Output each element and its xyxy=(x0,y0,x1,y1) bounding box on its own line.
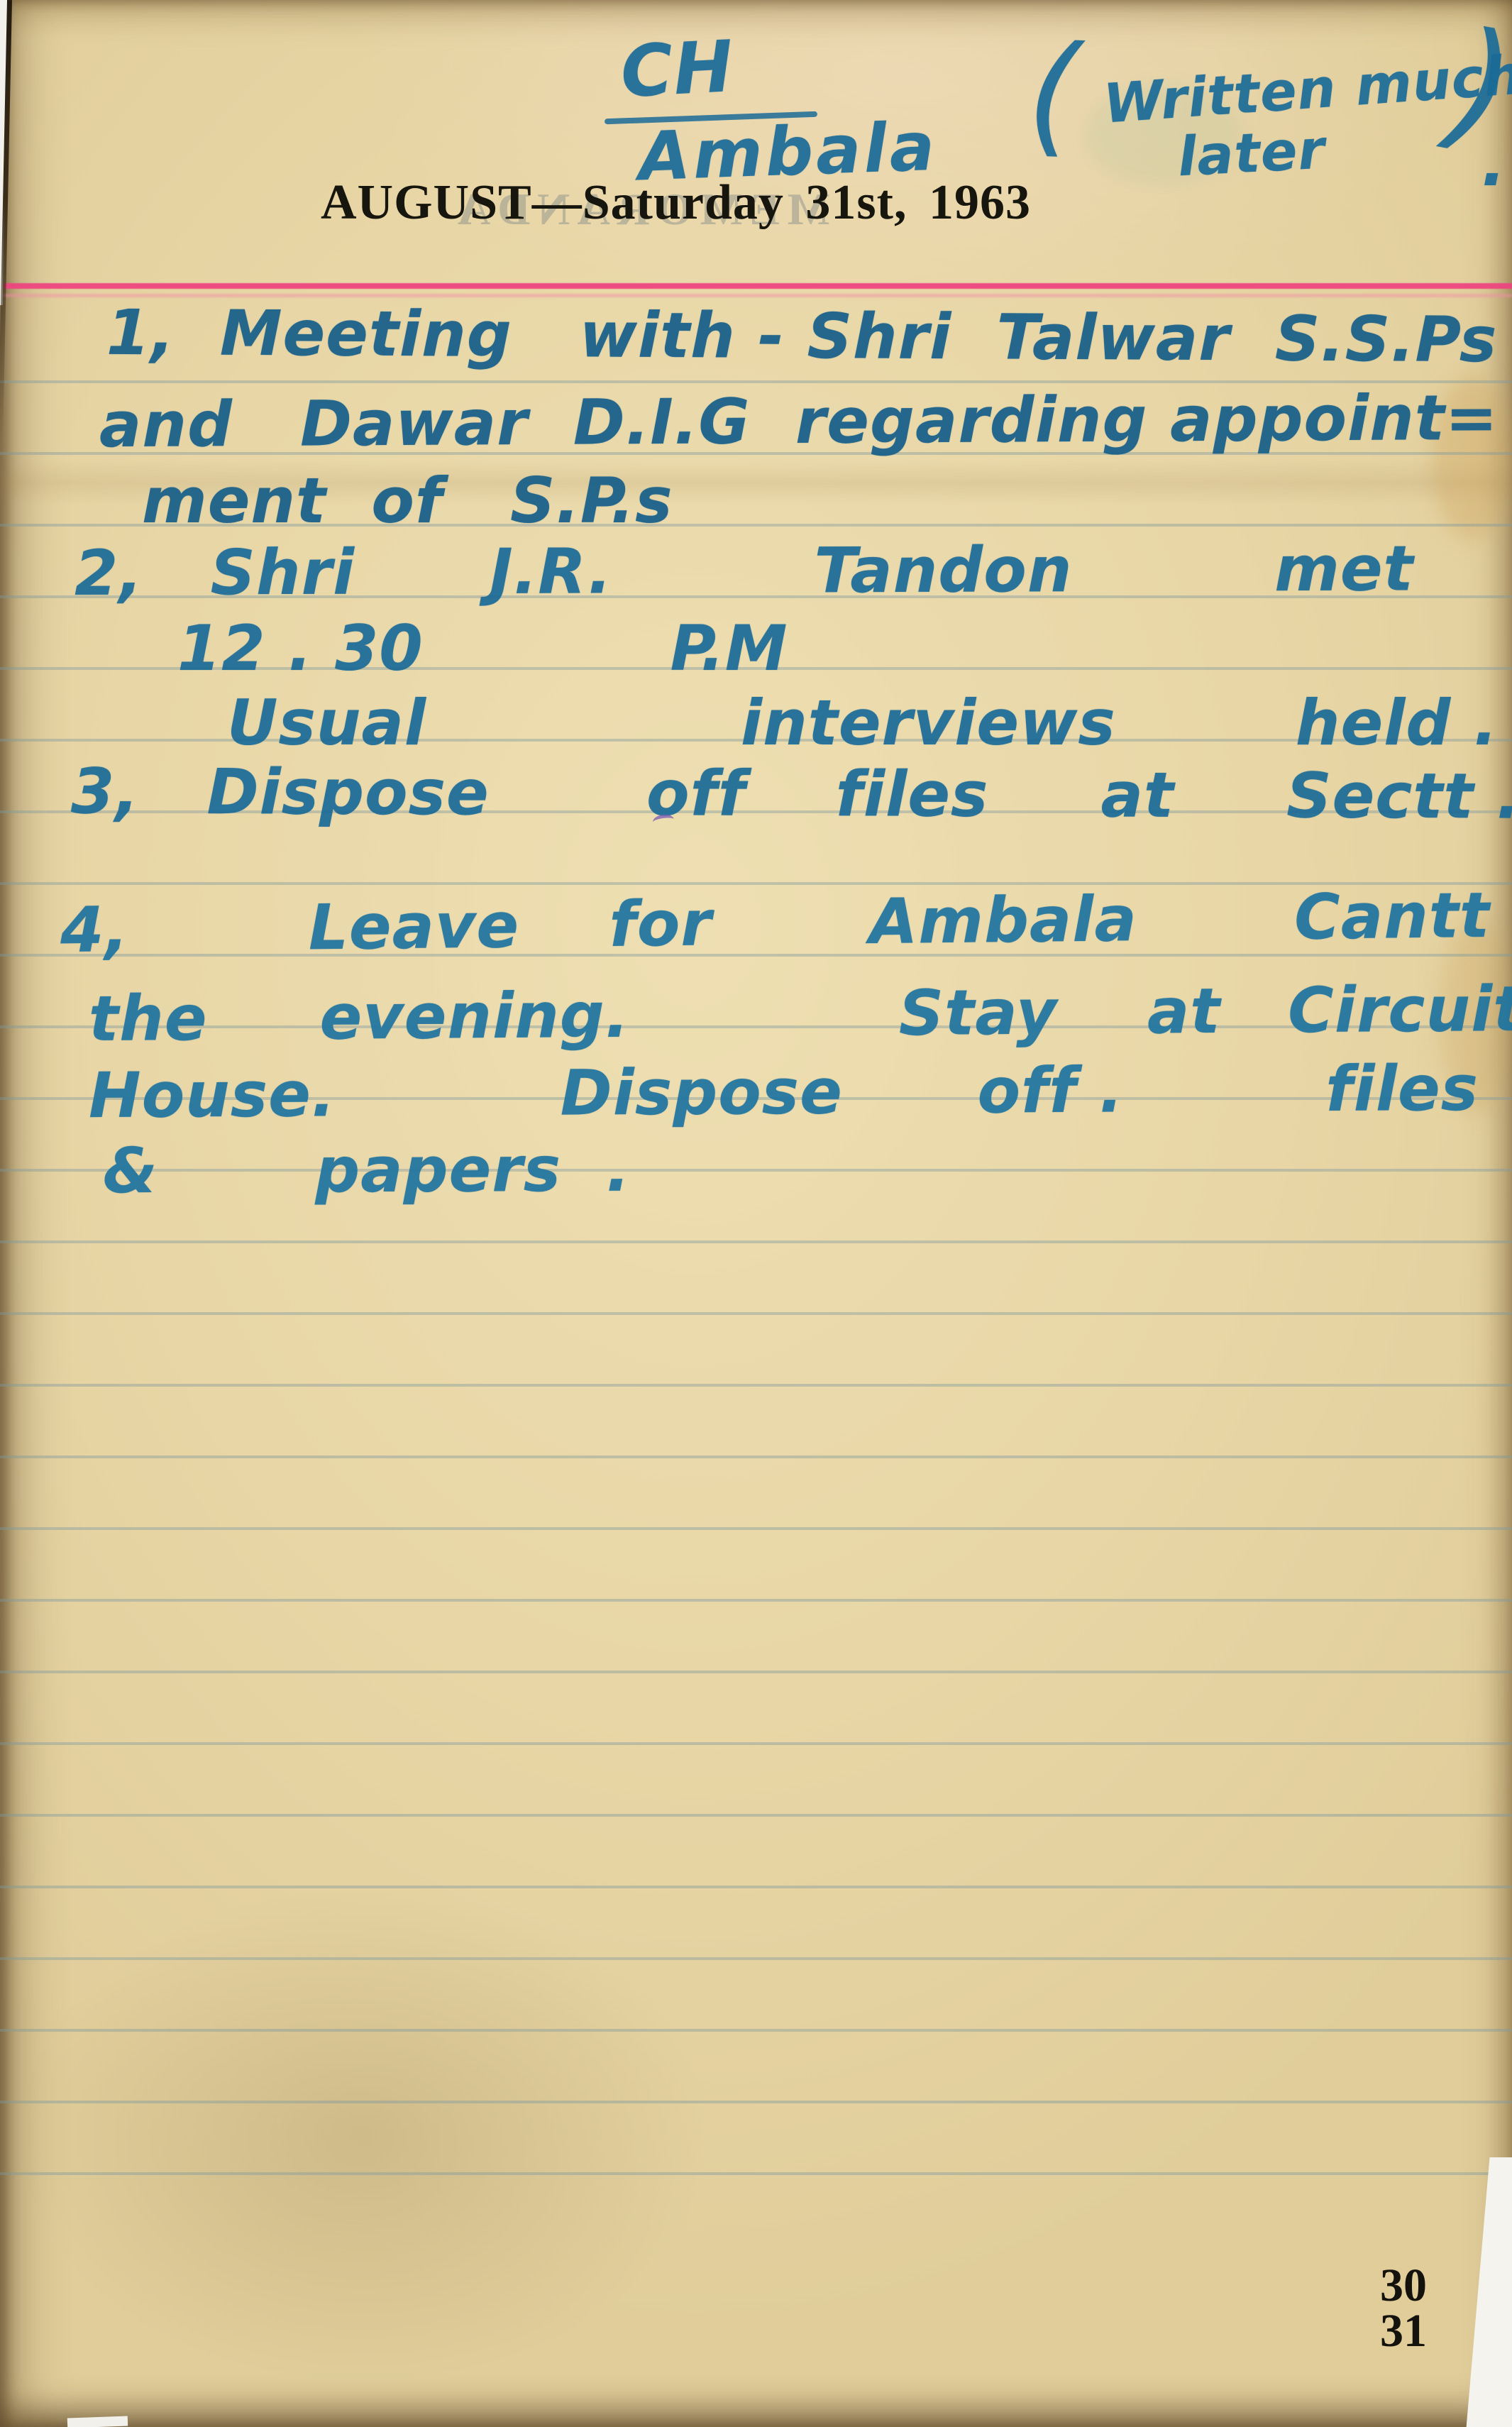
handwritten-place-name: Ambala xyxy=(637,114,938,192)
page-number-bottom: 31 xyxy=(1380,2308,1427,2355)
handwritten-line: 2, Shri J.R. Tandon met at xyxy=(75,536,1512,605)
side-note-line2: later xyxy=(1176,123,1326,185)
handwritten-line: House. Dispose off . files xyxy=(89,1057,1479,1127)
pink-header-rule xyxy=(0,283,1512,289)
handwritten-line: & papers . xyxy=(103,1138,631,1203)
handwritten-line: 3, Dispose off files at Sectt . xyxy=(71,760,1512,827)
handwritten-line: ment of S.P.s xyxy=(142,470,673,532)
scanned-diary-page: MEMORANDA AUGUST—Saturday 31st, 1963 CH … xyxy=(0,0,1512,2427)
page-number-top: 30 xyxy=(1380,2262,1427,2309)
handwritten-line: and Dawar D.I.G regarding appoint= xyxy=(99,387,1499,456)
handwritten-line: 4, Leave for Ambala Cantt in xyxy=(60,882,1512,962)
scan-artifact xyxy=(67,2416,128,2427)
handwritten-line: the evening. Stay at Circuit xyxy=(89,978,1512,1050)
side-note-period: . xyxy=(1481,132,1506,196)
handwritten-line: 1, Meeting with - Shri Talwar S.S.Ps xyxy=(106,302,1498,371)
side-note-open-paren: ( xyxy=(1025,28,1082,160)
handwritten-line: Usual interviews held . xyxy=(227,692,1498,754)
handwritten-line: 12 . 30 P.M xyxy=(177,617,788,680)
handwritten-annotation-ch: CH xyxy=(619,31,735,108)
